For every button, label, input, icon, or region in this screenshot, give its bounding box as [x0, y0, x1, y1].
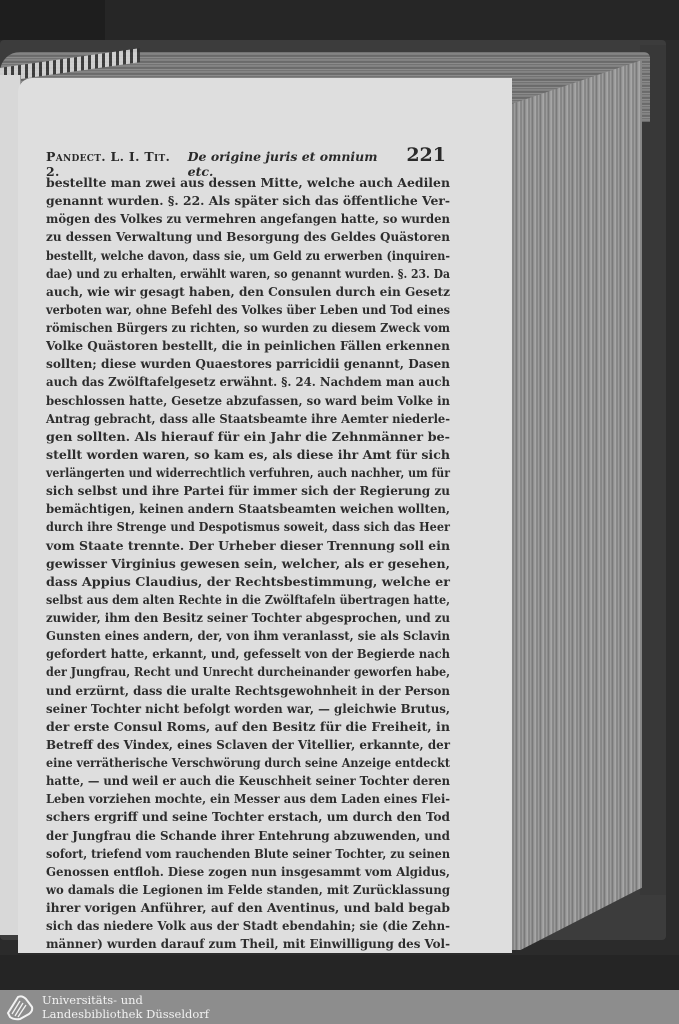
- text-line: hatte, — und weil er auch die Keuschheit…: [46, 772, 450, 790]
- text-line: bemächtigen, keinen andern Staatsbeamten…: [46, 500, 450, 518]
- text-line: gen sollten. Als hierauf für ein Jahr di…: [46, 428, 450, 446]
- background-top-left: [0, 0, 105, 40]
- text-line: sich das niedere Volk aus der Stadt eben…: [46, 917, 450, 935]
- text-line: und erzürnt, dass die uralte Rechtsgewoh…: [46, 682, 450, 700]
- text-line: männer) wurden darauf zum Theil, mit Ein…: [46, 935, 450, 953]
- text-line: Gunsten eines andern, der, von ihm veran…: [46, 627, 450, 645]
- page-fore-edge: [510, 60, 642, 950]
- text-line: Betreff des Vindex, eines Sclaven der Vi…: [46, 736, 450, 754]
- body-text: bestellte man zwei aus dessen Mitte, wel…: [46, 174, 450, 1008]
- text-line: gefordert hatte, erkannt, und, gefesselt…: [46, 645, 450, 663]
- book-logo-icon: [4, 993, 34, 1021]
- text-line: wo damals die Legionen im Felde standen,…: [46, 881, 450, 899]
- text-line: römischen Bürgers zu richten, so wurden …: [46, 319, 450, 337]
- text-line: dass Appius Claudius, der Rechtsbestimmu…: [46, 573, 450, 591]
- text-line: durch ihre Strenge und Despotismus sowei…: [46, 518, 450, 536]
- text-line: zu dessen Verwaltung und Besorgung des G…: [46, 228, 450, 246]
- text-line: Leben vorziehen mochte, ein Messer aus d…: [46, 790, 450, 808]
- text-line: auch, wie wir gesagt haben, den Consulen…: [46, 283, 450, 301]
- text-line: dae) und zu erhalten, erwählt waren, so …: [46, 265, 450, 283]
- library-name-line-2: Landesbibliothek Düsseldorf: [42, 1007, 209, 1021]
- text-line: mögen des Volkes zu vermehren angefangen…: [46, 210, 450, 228]
- text-line: bestellt, welche davon, dass sie, um Gel…: [46, 247, 450, 265]
- book-page: Pandect. L. I. Tit. 2. De origine juris …: [18, 78, 512, 953]
- text-line: vom Staate trennte. Der Urheber dieser T…: [46, 537, 450, 555]
- running-head: Pandect. L. I. Tit. 2. De origine juris …: [46, 144, 446, 164]
- text-line: Volke Quästoren bestellt, die in peinlic…: [46, 337, 450, 355]
- text-line: eine verrätherische Verschwörung durch s…: [46, 754, 450, 772]
- text-line: seiner Tochter nicht befolgt worden war,…: [46, 700, 450, 718]
- text-line: sollten; diese wurden Quaestores parrici…: [46, 355, 450, 373]
- text-line: der erste Consul Roms, auf den Besitz fü…: [46, 718, 450, 736]
- text-line: gewisser Virginius gewesen sein, welcher…: [46, 555, 450, 573]
- text-line: verlängerten und widerrechtlich verfuhre…: [46, 464, 450, 482]
- text-line: Genossen entfloh. Diese zogen nun insges…: [46, 863, 450, 881]
- text-line: der Jungfrau die Schande ihrer Entehrung…: [46, 827, 450, 845]
- text-line: der Jungfrau, Recht und Unrecht durchein…: [46, 663, 450, 681]
- text-line: Antrag gebracht, dass alle Staatsbeamte …: [46, 410, 450, 428]
- page-number: 221: [406, 144, 446, 166]
- library-footer-bar: Universitäts- und Landesbibliothek Düsse…: [0, 990, 679, 1024]
- text-line: sich selbst und ihre Partei für immer si…: [46, 482, 450, 500]
- text-line: beschlossen hatte, Gesetze abzufassen, s…: [46, 392, 450, 410]
- text-line: selbst aus dem alten Rechte in die Zwölf…: [46, 591, 450, 609]
- library-name-line-1: Universitäts- und: [42, 993, 209, 1007]
- text-line: bestellte man zwei aus dessen Mitte, wel…: [46, 174, 450, 192]
- text-line: auch das Zwölftafelgesetz erwähnt. §. 24…: [46, 373, 450, 391]
- text-line: sofort, triefend vom rauchenden Blute se…: [46, 845, 450, 863]
- text-line: zuwider, ihm den Besitz seiner Tochter a…: [46, 609, 450, 627]
- background-bottom: [0, 955, 679, 990]
- text-line: genannt wurden. §. 22. Als später sich d…: [46, 192, 450, 210]
- text-line: verboten war, ohne Befehl des Volkes übe…: [46, 301, 450, 319]
- text-line: schers ergriff und seine Tochter erstach…: [46, 808, 450, 826]
- book-cover-spine-edge: [640, 45, 666, 895]
- text-line: stellt worden waren, so kam es, als dies…: [46, 446, 450, 464]
- text-line: ihrer vorigen Anführer, auf den Aventinu…: [46, 899, 450, 917]
- library-name: Universitäts- und Landesbibliothek Düsse…: [42, 993, 209, 1021]
